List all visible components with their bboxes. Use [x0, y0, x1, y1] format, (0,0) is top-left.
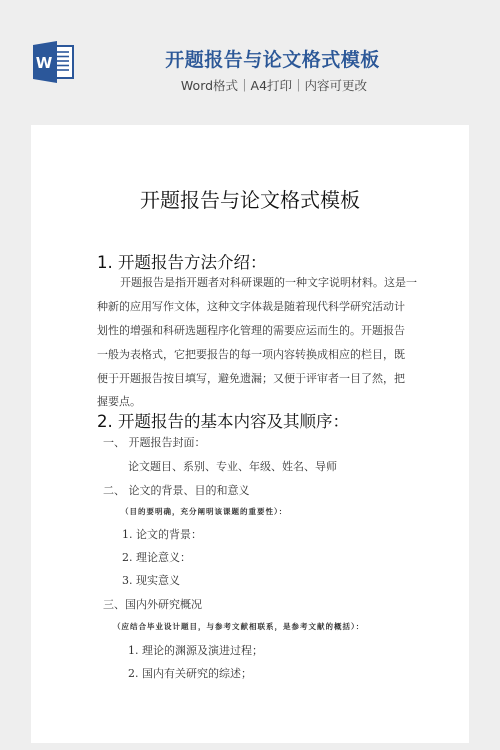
list-item-label: 一、 开题报告封面： [103, 434, 206, 450]
sub-item: 2. 国内有关研究的综述； [128, 665, 252, 681]
sub-item: 1. 论文的背景： [122, 526, 202, 542]
document-page: 开题报告与论文格式模板 1. 开题报告方法介绍： 开题报告是指开题者对科研课题的… [31, 125, 469, 743]
list-item-detail: 论文题目、系别、专业、年级、姓名、导师 [128, 458, 337, 474]
paragraph-line: 便于开题报告按目填写，避免遗漏；又便于评审者一目了然，把 [97, 370, 405, 386]
list-item-note: （目的要明确，充分阐明该课题的重要性）： [121, 506, 287, 517]
paragraph-line: 一般为表格式，它把要报告的每一项内容转换成相应的栏目，既 [97, 346, 405, 362]
section-heading-1: 1. 开题报告方法介绍： [97, 249, 267, 273]
sub-item: 3. 现实意义 [122, 572, 180, 588]
paragraph-line: 开题报告是指开题者对科研课题的一种文字说明材料。这是一 [120, 274, 417, 290]
list-item-note: （应结合毕业设计题目，与参考文献相联系，是参考文献的概括）： [113, 621, 364, 632]
banner-title: 开题报告与论文格式模板 [0, 45, 500, 72]
paragraph-line: 握要点。 [97, 393, 141, 409]
list-item-label: 三、国内外研究概况 [103, 596, 202, 612]
sub-item: 1. 理论的渊源及演进过程； [128, 642, 263, 658]
section-heading-2: 2. 开题报告的基本内容及其顺序： [97, 408, 349, 432]
sub-item: 2. 理论意义： [122, 549, 191, 565]
list-item-label: 二、 论文的背景、目的和意义 [103, 482, 250, 498]
paragraph-line: 种新的应用写作文体，这种文字体裁是随着现代科学研究活动计 [97, 298, 405, 314]
banner-subtitle: Word格式｜A4打印｜内容可更改 [0, 76, 500, 94]
paragraph-line: 划性的增强和科研选题程序化管理的需要应运而生的。开题报告 [97, 322, 405, 338]
document-title: 开题报告与论文格式模板 [31, 184, 469, 213]
